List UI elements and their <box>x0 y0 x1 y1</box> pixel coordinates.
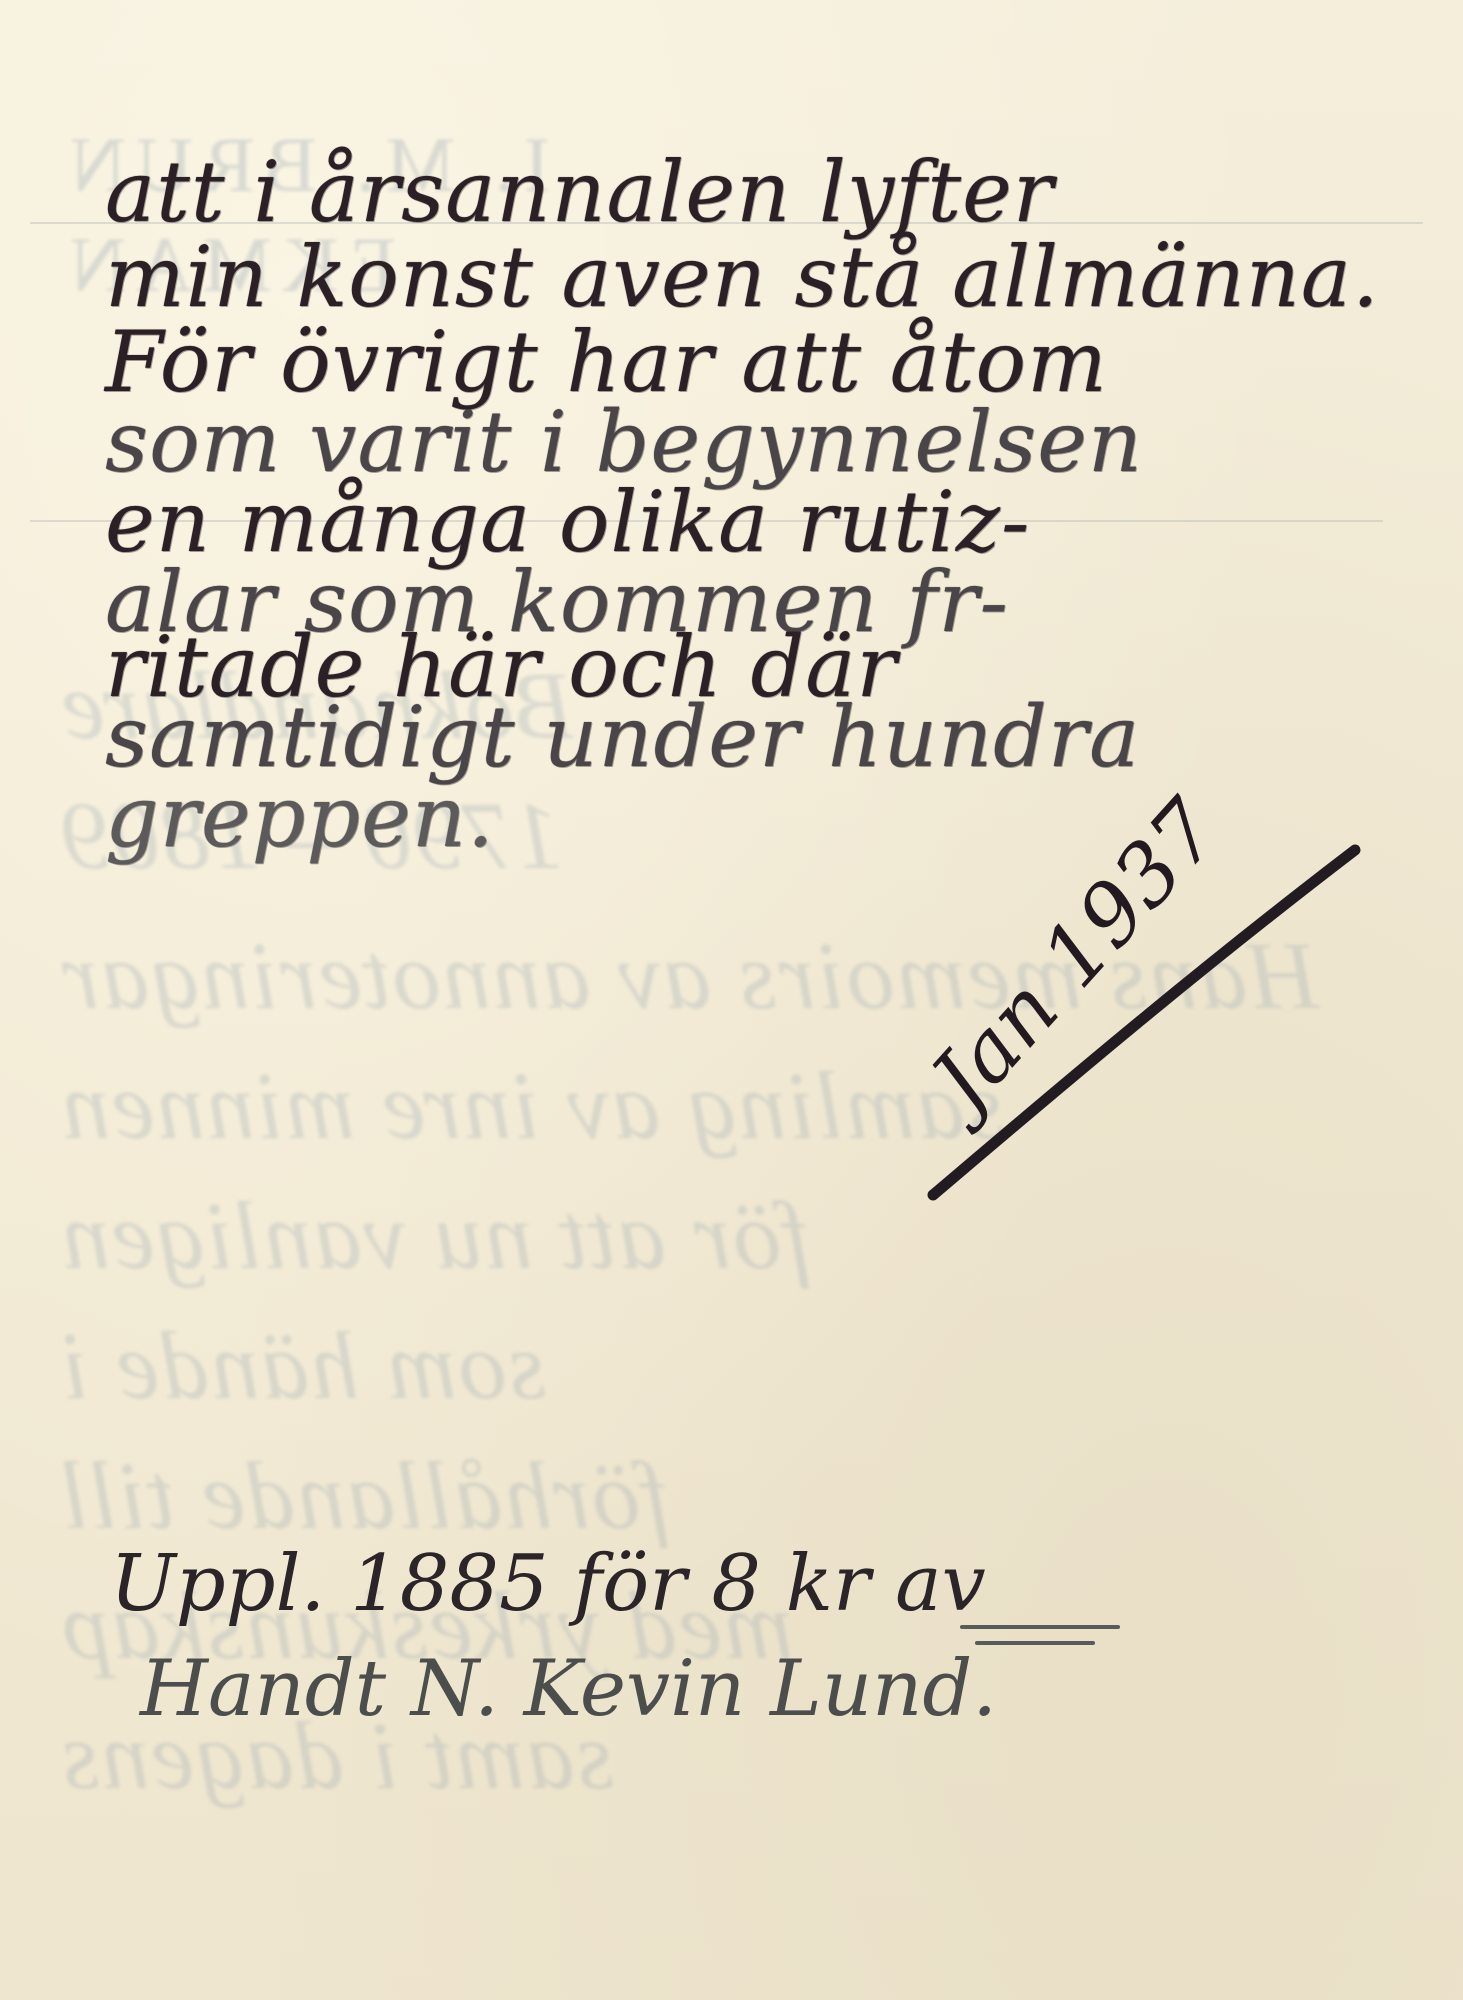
manuscript-line-2: min konst aven stå allmänna. <box>105 235 1380 319</box>
kr-underline <box>960 1625 1120 1629</box>
manuscript-line-8: samtidigt under hundra <box>105 695 1140 779</box>
footer-publication-line: Uppl. 1885 för 8 kr av <box>110 1545 986 1623</box>
manuscript-line-5: en många olika rutiz- <box>105 480 1030 564</box>
manuscript-line-4: som varit i begynnelsen <box>105 400 1143 484</box>
manuscript-line-3: För övrigt har att åtom <box>105 320 1108 404</box>
date-signature: Jan 1937 <box>925 830 1365 1210</box>
footer-publisher-line: Handt N. Kevin Lund. <box>140 1650 997 1728</box>
manuscript-line-9: greppen. <box>105 775 495 859</box>
manuscript-line-1: att i årsannalen lyfter <box>105 150 1054 234</box>
